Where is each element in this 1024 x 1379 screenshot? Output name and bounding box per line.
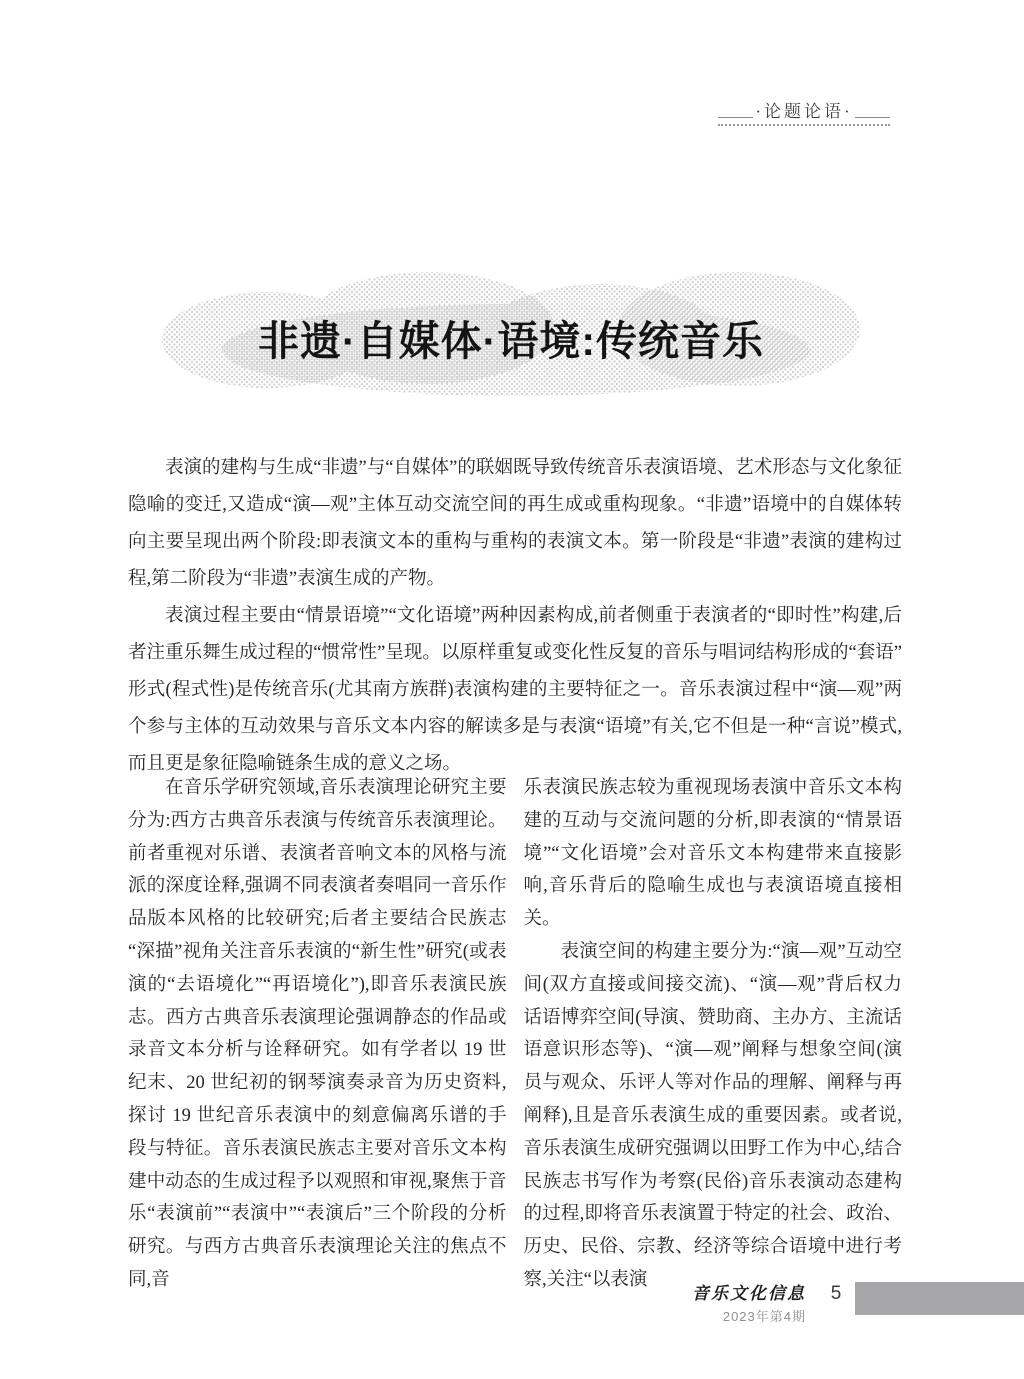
title-cloud: 非遗·自媒体·语境:传统音乐	[160, 270, 862, 400]
abstract-block: 表演的建构与生成“非遗”与“自媒体”的联姻既导致传统音乐表演语境、艺术形态与文化…	[128, 450, 902, 783]
abstract-paragraph: 表演的建构与生成“非遗”与“自媒体”的联姻既导致传统音乐表演语境、艺术形态与文化…	[128, 450, 902, 598]
header-rule-left	[718, 117, 753, 118]
article-body: 在音乐学研究领域,音乐表演理论研究主要分为:西方古典音乐表演与传统音乐表演理论。…	[128, 772, 902, 1297]
body-column-left: 在音乐学研究领域,音乐表演理论研究主要分为:西方古典音乐表演与传统音乐表演理论。…	[128, 772, 507, 1297]
header-rule-right	[855, 117, 890, 118]
journal-page: ·论题论语· 非遗·自媒体·语境:传统音乐 表演的建构与生成“非遗”与“自媒体”…	[0, 0, 1024, 1379]
header-dotted-rule	[718, 124, 890, 126]
page-header: ·论题论语·	[718, 97, 890, 126]
section-label: ·论题论语·	[753, 97, 854, 122]
journal-name: 音乐文化信息	[640, 1279, 806, 1304]
footer-journal-block: 音乐文化信息 2023年第4期	[640, 1279, 806, 1325]
body-column-right: 乐表演民族志较为重视现场表演中音乐文本构建的互动与交流问题的分析,即表演的“情景…	[524, 772, 903, 1297]
body-paragraph: 在音乐学研究领域,音乐表演理论研究主要分为:西方古典音乐表演与传统音乐表演理论。…	[128, 772, 507, 1297]
body-paragraph: 表演空间的构建主要分为:“演—观”互动空间(双方直接或间接交流)、“演—观”背后…	[524, 936, 903, 1297]
abstract-paragraph: 表演过程主要由“情景语境”“文化语境”两种因素构成,前者侧重于表演者的“即时性”…	[128, 598, 902, 783]
header-row: ·论题论语·	[718, 97, 890, 122]
page-number: 5	[823, 1283, 849, 1305]
journal-issue: 2023年第4期	[640, 1306, 806, 1325]
footer-bar	[855, 1282, 1024, 1315]
article-title: 非遗·自媒体·语境:传统音乐	[160, 308, 862, 367]
body-paragraph: 乐表演民族志较为重视现场表演中音乐文本构建的互动与交流问题的分析,即表演的“情景…	[524, 772, 903, 936]
